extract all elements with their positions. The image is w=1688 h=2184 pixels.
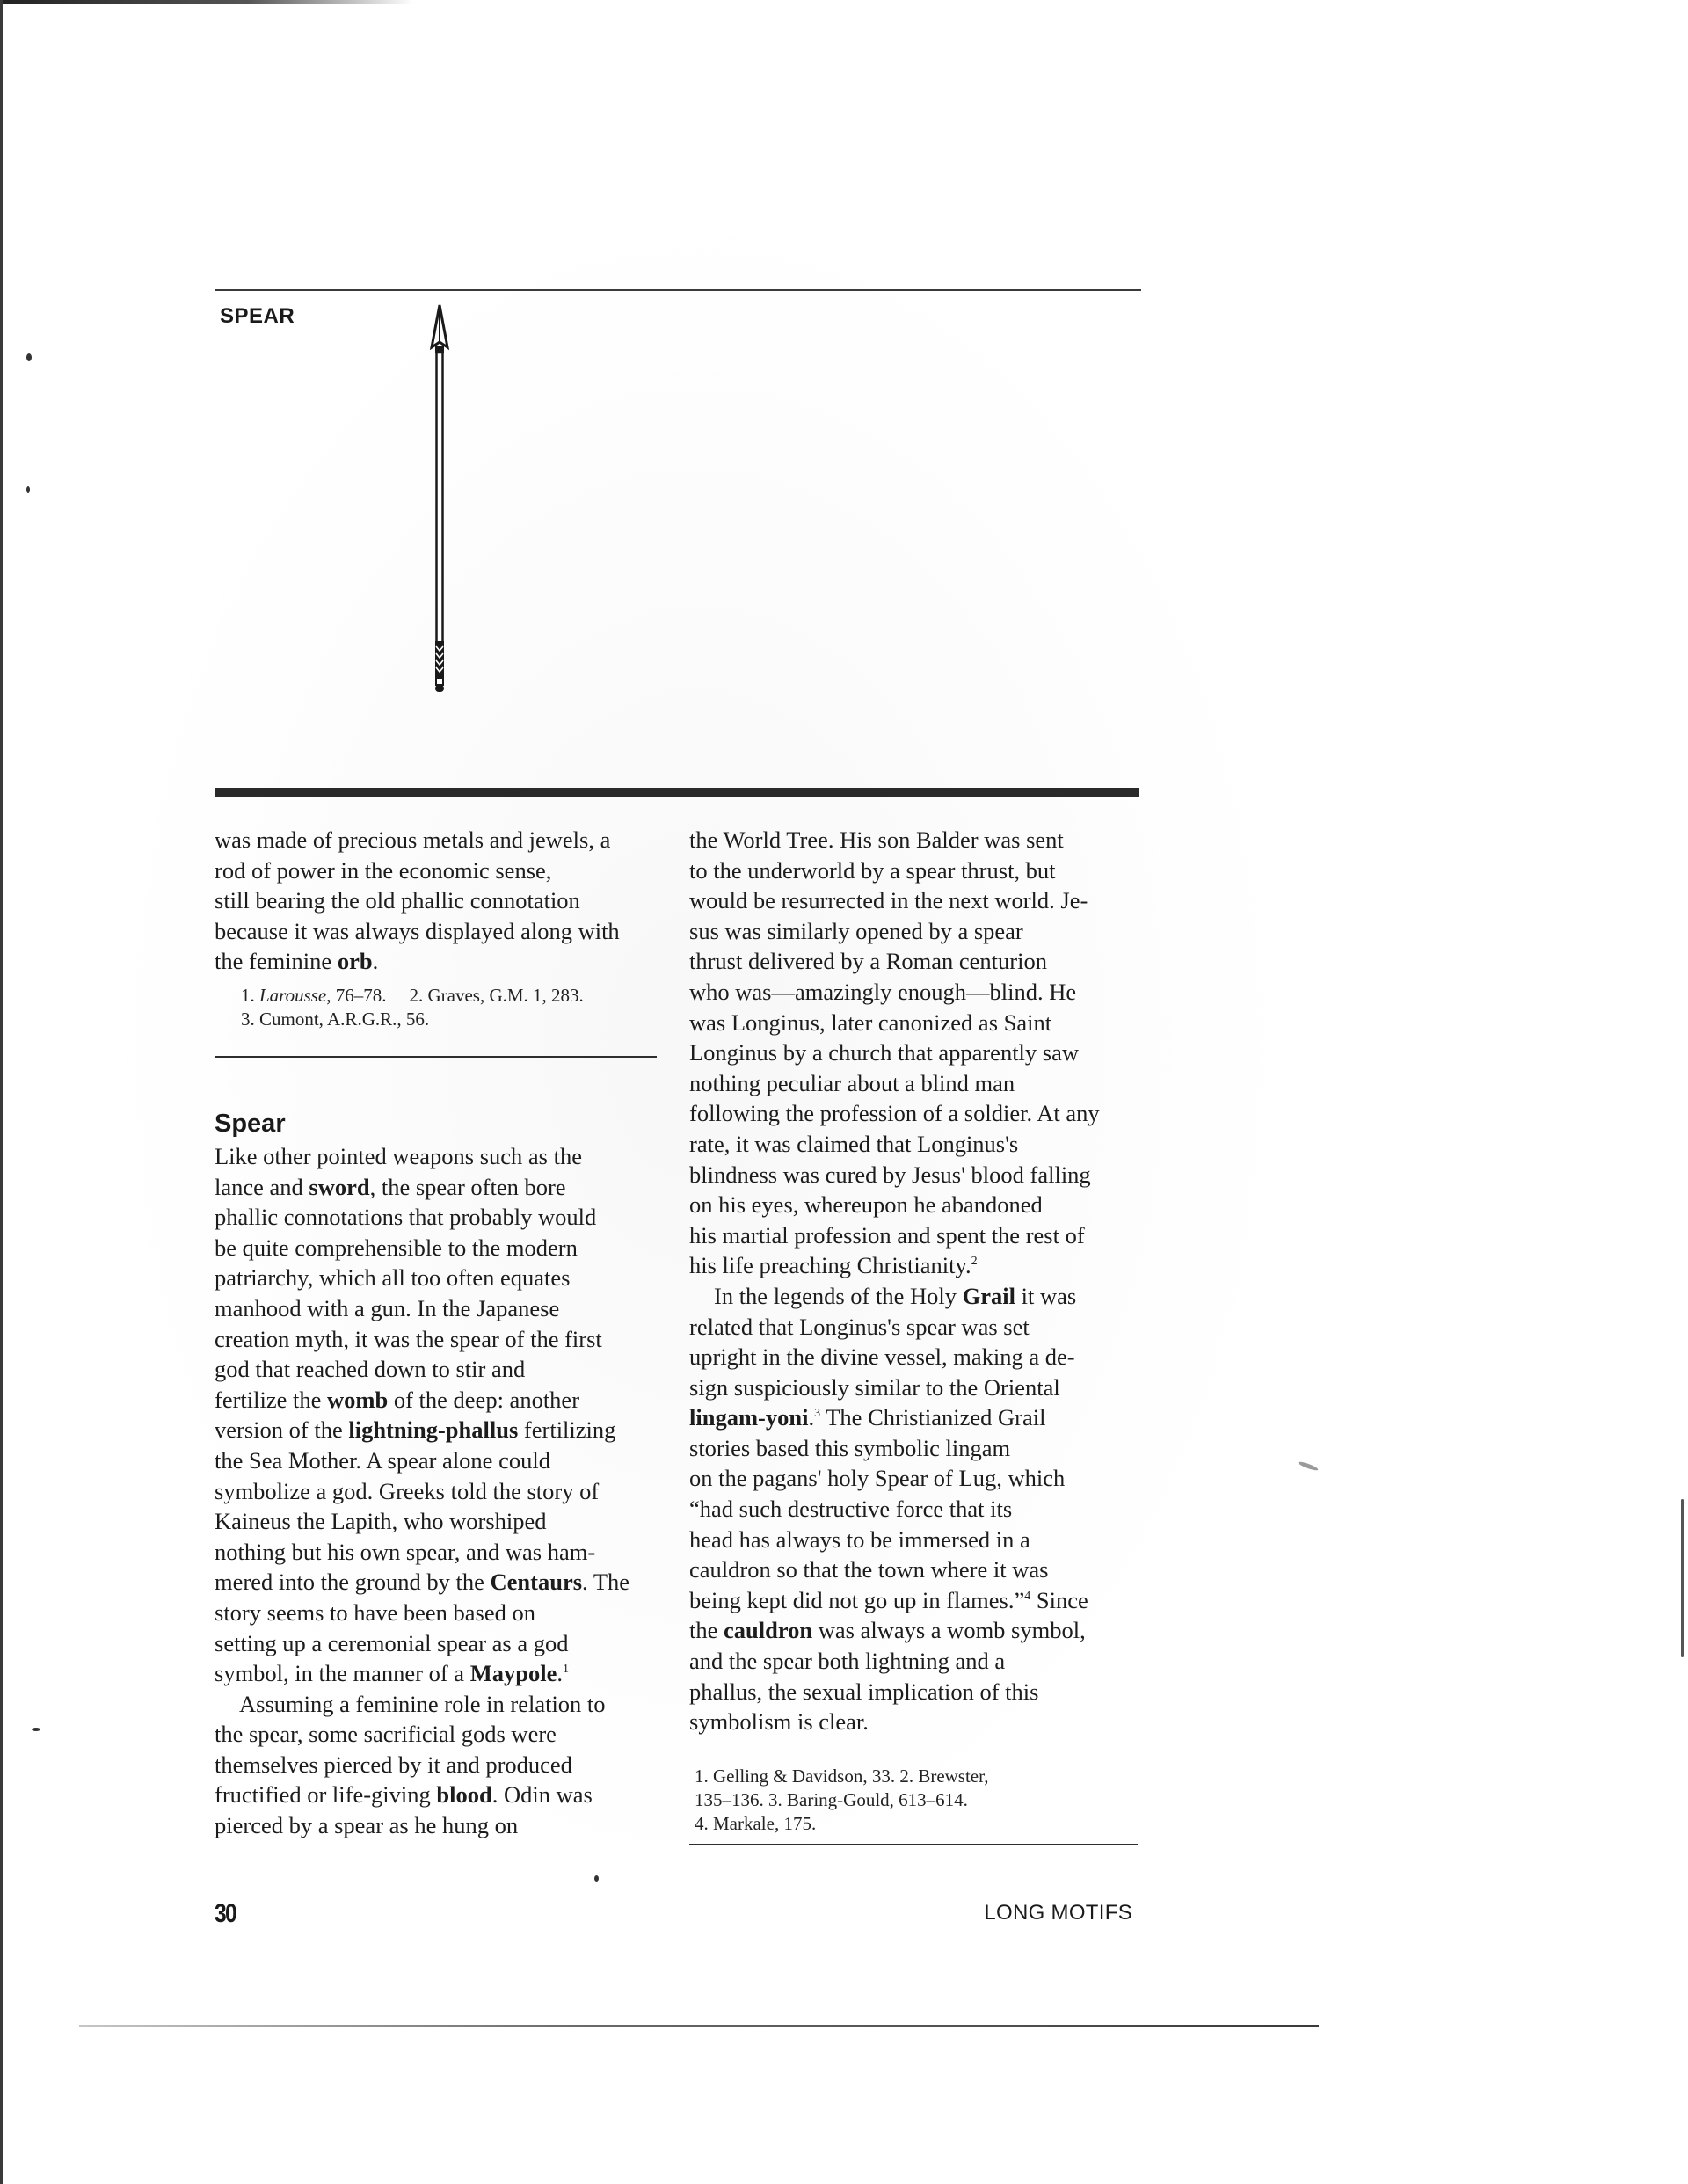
- text-span: rate, it was claimed that Longinus's: [689, 1131, 1018, 1157]
- text-span: the World Tree. His son Balder was sent: [689, 826, 1064, 853]
- text-span: In the legends of the Holy: [714, 1283, 963, 1309]
- text-span: .: [373, 948, 379, 974]
- text-span: version of the: [215, 1416, 348, 1443]
- text-span: Kaineus the Lapith, who worshiped: [215, 1508, 547, 1534]
- text-line: upright in the divine vessel, making a d…: [689, 1342, 1146, 1372]
- text-span: the Sea Mother. A spear alone could: [215, 1447, 550, 1474]
- text-span: fertilize the: [215, 1387, 327, 1413]
- text-span: setting up a ceremonial spear as a god: [215, 1630, 569, 1656]
- footnote-marker[interactable]: 1: [563, 1663, 569, 1676]
- section-name: LONG MOTIFS: [984, 1901, 1132, 1926]
- cross-reference-term[interactable]: Maypole: [470, 1660, 557, 1686]
- page-number: 30: [215, 1899, 236, 1929]
- cross-reference-term[interactable]: lightning-phallus: [348, 1416, 518, 1443]
- footnote-marker[interactable]: 2: [971, 1255, 978, 1268]
- scan-edge-shadow-top: [0, 0, 413, 4]
- cross-reference-term[interactable]: sword: [309, 1174, 369, 1200]
- text-line: following the profession of a soldier. A…: [689, 1098, 1146, 1129]
- cross-reference-term[interactable]: cauldron: [724, 1617, 812, 1643]
- note-source-title: Larousse: [259, 985, 326, 1006]
- scan-speck: [594, 1875, 599, 1882]
- scan-speck: [32, 1728, 40, 1731]
- note-line: 3. Cumont, A.R.G.R., 56.: [241, 1008, 663, 1031]
- text-span: who was—amazingly enough—blind. He: [689, 979, 1076, 1005]
- text-line: thrust delivered by a Roman centurion: [689, 946, 1146, 977]
- text-line: who was—amazingly enough—blind. He: [689, 977, 1146, 1008]
- text-span: symbolize a god. Greeks told the story o…: [215, 1478, 599, 1504]
- text-line: Kaineus the Lapith, who worshiped: [215, 1506, 672, 1537]
- text-line: In the legends of the Holy Grail it was: [689, 1281, 1146, 1312]
- text-span: thrust delivered by a Roman centurion: [689, 948, 1047, 974]
- text-line: patriarchy, which all too often equates: [215, 1263, 672, 1293]
- text-span: sign suspiciously similar to the Orienta…: [689, 1374, 1060, 1401]
- text-line: manhood with a gun. In the Japanese: [215, 1293, 672, 1324]
- text-span: cauldron so that the town where it was: [689, 1556, 1048, 1583]
- text-span: , the spear often bore: [370, 1174, 566, 1200]
- text-line: rate, it was claimed that Longinus's: [689, 1129, 1146, 1160]
- text-span: The Christianized Grail: [820, 1404, 1045, 1431]
- text-span: it was: [1015, 1283, 1076, 1309]
- text-line: fertilize the womb of the deep: another: [215, 1385, 672, 1416]
- entry-right-column: the World Tree. His son Balder was sentt…: [689, 825, 1146, 1737]
- text-span: being kept did not go up in flames.”: [689, 1587, 1024, 1613]
- text-line: phallus, the sexual implication of this: [689, 1677, 1146, 1707]
- text-line: symbolize a god. Greeks told the story o…: [215, 1476, 672, 1507]
- text-line: stories based this symbolic lingam: [689, 1433, 1146, 1464]
- text-span: his martial profession and spent the res…: [689, 1222, 1085, 1249]
- text-line: Like other pointed weapons such as the: [215, 1141, 672, 1172]
- text-line: on his eyes, whereupon he abandoned: [689, 1190, 1146, 1220]
- text-span: phallic connotations that probably would: [215, 1204, 596, 1230]
- text-line: lingam-yoni.3 The Christianized Grail: [689, 1402, 1146, 1433]
- text-span: Longinus by a church that apparently saw: [689, 1039, 1079, 1066]
- text-line: fructified or life-giving blood. Odin wa…: [215, 1780, 672, 1810]
- text-span: head has always to be immersed in a: [689, 1526, 1030, 1553]
- text-line: his life preaching Christianity.2: [689, 1250, 1146, 1281]
- previous-entry-text: was made of precious metals and jewels, …: [215, 825, 672, 977]
- text-line: nothing peculiar about a blind man: [689, 1068, 1146, 1099]
- text-span: god that reached down to stir and: [215, 1356, 525, 1382]
- text-line: his martial profession and spent the res…: [689, 1220, 1146, 1251]
- notes-divider-rule: [689, 1844, 1138, 1845]
- text-span: his life preaching Christianity.: [689, 1252, 971, 1278]
- text-span: and the spear both lightning and a: [689, 1648, 1005, 1674]
- text-span: manhood with a gun. In the Japanese: [215, 1295, 559, 1321]
- text-line: phallic connotations that probably would: [215, 1202, 672, 1233]
- text-span: would be resurrected in the next world. …: [689, 887, 1088, 914]
- text-line: setting up a ceremonial spear as a god: [215, 1628, 672, 1659]
- text-span: phallus, the sexual implication of this: [689, 1678, 1038, 1705]
- scan-speck: [26, 353, 32, 361]
- text-line: pierced by a spear as he hung on: [215, 1810, 672, 1841]
- text-line: head has always to be immersed in a: [689, 1525, 1146, 1555]
- text-line: sus was similarly opened by a spear: [689, 916, 1146, 947]
- text-line: was Longinus, later canonized as Saint: [689, 1008, 1146, 1038]
- note-line: 4. Markale, 175.: [695, 1812, 1134, 1836]
- spear-illustration-icon: [426, 303, 454, 695]
- text-line: would be resurrected in the next world. …: [689, 885, 1146, 916]
- text-span: Since: [1030, 1587, 1088, 1613]
- text-span: “had such destructive force that its: [689, 1496, 1012, 1522]
- text-line: be quite comprehensible to the modern: [215, 1233, 672, 1263]
- note-pages: , 76–78.: [326, 985, 386, 1006]
- text-line: was made of precious metals and jewels, …: [215, 825, 672, 855]
- text-span: Assuming a feminine role in relation to: [239, 1691, 606, 1717]
- entry-left-column: Like other pointed weapons such as thela…: [215, 1141, 672, 1841]
- text-line: the cauldron was always a womb symbol,: [689, 1615, 1146, 1646]
- scan-speck: [26, 486, 30, 493]
- text-span: blindness was cured by Jesus' blood fall…: [689, 1161, 1091, 1188]
- note-line: 135–136. 3. Baring-Gould, 613–614.: [695, 1788, 1134, 1812]
- text-line: being kept did not go up in flames.”4 Si…: [689, 1585, 1146, 1616]
- text-line: rod of power in the economic sense,: [215, 855, 672, 886]
- text-line: mered into the ground by the Centaurs. T…: [215, 1567, 672, 1598]
- text-span: of the deep: another: [388, 1387, 579, 1413]
- text-span: fertilizing: [518, 1416, 615, 1443]
- text-span: .: [557, 1660, 563, 1686]
- text-line: blindness was cured by Jesus' blood fall…: [689, 1160, 1146, 1190]
- cross-reference-term[interactable]: blood: [436, 1781, 491, 1808]
- text-span: to the underworld by a spear thrust, but: [689, 857, 1056, 884]
- text-span: the: [689, 1617, 724, 1643]
- text-line: Assuming a feminine role in relation to: [215, 1689, 672, 1720]
- text-line: Longinus by a church that apparently saw: [689, 1037, 1146, 1068]
- text-line: the Sea Mother. A spear alone could: [215, 1445, 672, 1476]
- note-number: 1.: [241, 985, 255, 1006]
- text-span: symbolism is clear.: [689, 1708, 869, 1735]
- text-span: was always a womb symbol,: [812, 1617, 1086, 1643]
- text-line: to the underworld by a spear thrust, but: [689, 855, 1146, 886]
- text-span: stories based this symbolic lingam: [689, 1435, 1010, 1461]
- text-span: related that Longinus's spear was set: [689, 1314, 1030, 1340]
- text-span: be quite comprehensible to the modern: [215, 1234, 578, 1261]
- text-span: Like other pointed weapons such as the: [215, 1143, 582, 1169]
- cross-reference-term[interactable]: Grail: [963, 1283, 1015, 1309]
- text-line: still bearing the old phallic connotatio…: [215, 885, 672, 916]
- scan-page-edge-bottom: [79, 2025, 1319, 2027]
- text-line: lance and sword, the spear often bore: [215, 1172, 672, 1203]
- text-span: mered into the ground by the: [215, 1569, 491, 1595]
- text-line: the World Tree. His son Balder was sent: [689, 825, 1146, 855]
- cross-reference-term[interactable]: womb: [327, 1387, 388, 1413]
- text-line: symbol, in the manner of a Maypole.1: [215, 1658, 672, 1689]
- text-span: was Longinus, later canonized as Saint: [689, 1009, 1051, 1036]
- text-span: . The: [582, 1569, 629, 1595]
- text-span: nothing but his own spear, and was ham-: [215, 1539, 595, 1565]
- text-line: “had such destructive force that its: [689, 1494, 1146, 1525]
- scan-edge-shadow-left: [0, 0, 3, 2184]
- text-line: themselves pierced by it and produced: [215, 1750, 672, 1780]
- text-line: symbolism is clear.: [689, 1707, 1146, 1737]
- text-span: pierced by a spear as he hung on: [215, 1812, 518, 1838]
- note-line: 1. Gelling & Davidson, 33. 2. Brewster,: [695, 1765, 1134, 1788]
- text-line: god that reached down to stir and: [215, 1354, 672, 1385]
- text-span: lance and: [215, 1174, 309, 1200]
- text-line: the feminine orb.: [215, 946, 672, 977]
- text-span: creation myth, it was the spear of the f…: [215, 1326, 602, 1352]
- text-line: on the pagans' holy Spear of Lug, which: [689, 1463, 1146, 1494]
- text-line: cauldron so that the town where it was: [689, 1554, 1146, 1585]
- text-span: . Odin was: [492, 1781, 593, 1808]
- text-span: the feminine: [215, 948, 338, 974]
- text-line: story seems to have been based on: [215, 1598, 672, 1628]
- text-span: on his eyes, whereupon he abandoned: [689, 1191, 1043, 1218]
- text-span: patriarchy, which all too often equates: [215, 1264, 570, 1291]
- note-text: 2. Graves, G.M. 1, 283.: [410, 985, 584, 1006]
- notes-divider-rule: [215, 1056, 657, 1058]
- text-line: because it was always displayed along wi…: [215, 916, 672, 947]
- text-line: sign suspiciously similar to the Orienta…: [689, 1372, 1146, 1403]
- text-span: themselves pierced by it and produced: [215, 1751, 572, 1778]
- cross-reference-term[interactable]: lingam-yoni: [689, 1404, 808, 1431]
- text-span: upright in the divine vessel, making a d…: [689, 1343, 1075, 1370]
- text-line: creation myth, it was the spear of the f…: [215, 1324, 672, 1355]
- text-line: the spear, some sacrificial gods were: [215, 1719, 672, 1750]
- header-rule: [215, 289, 1141, 291]
- cross-reference-orb[interactable]: orb: [338, 948, 373, 974]
- cross-reference-term[interactable]: Centaurs: [491, 1569, 583, 1595]
- text-span: symbol, in the manner of a: [215, 1660, 470, 1686]
- text-span: the spear, some sacrificial gods were: [215, 1721, 557, 1747]
- text-span: story seems to have been based on: [215, 1599, 535, 1626]
- text-span: following the profession of a soldier. A…: [689, 1100, 1100, 1126]
- scan-edge-curve: [1681, 1499, 1684, 1657]
- previous-entry-notes: 1. Larousse, 76–78.2. Graves, G.M. 1, 28…: [241, 984, 663, 1031]
- text-line: nothing but his own spear, and was ham-: [215, 1537, 672, 1568]
- text-span: nothing peculiar about a blind man: [689, 1070, 1015, 1096]
- entry-heading: Spear: [215, 1110, 286, 1139]
- text-span: sus was similarly opened by a spear: [689, 918, 1023, 944]
- entry-notes: 1. Gelling & Davidson, 33. 2. Brewster, …: [695, 1765, 1134, 1836]
- running-head: SPEAR: [220, 304, 295, 329]
- text-span: on the pagans' holy Spear of Lug, which: [689, 1465, 1065, 1491]
- figure-divider-rule: [215, 788, 1139, 797]
- note-line: 1. Larousse, 76–78.2. Graves, G.M. 1, 28…: [241, 984, 663, 1008]
- text-line: version of the lightning-phallus fertili…: [215, 1415, 672, 1445]
- text-line: and the spear both lightning and a: [689, 1646, 1146, 1677]
- text-span: fructified or life-giving: [215, 1781, 436, 1808]
- text-line: related that Longinus's spear was set: [689, 1312, 1146, 1343]
